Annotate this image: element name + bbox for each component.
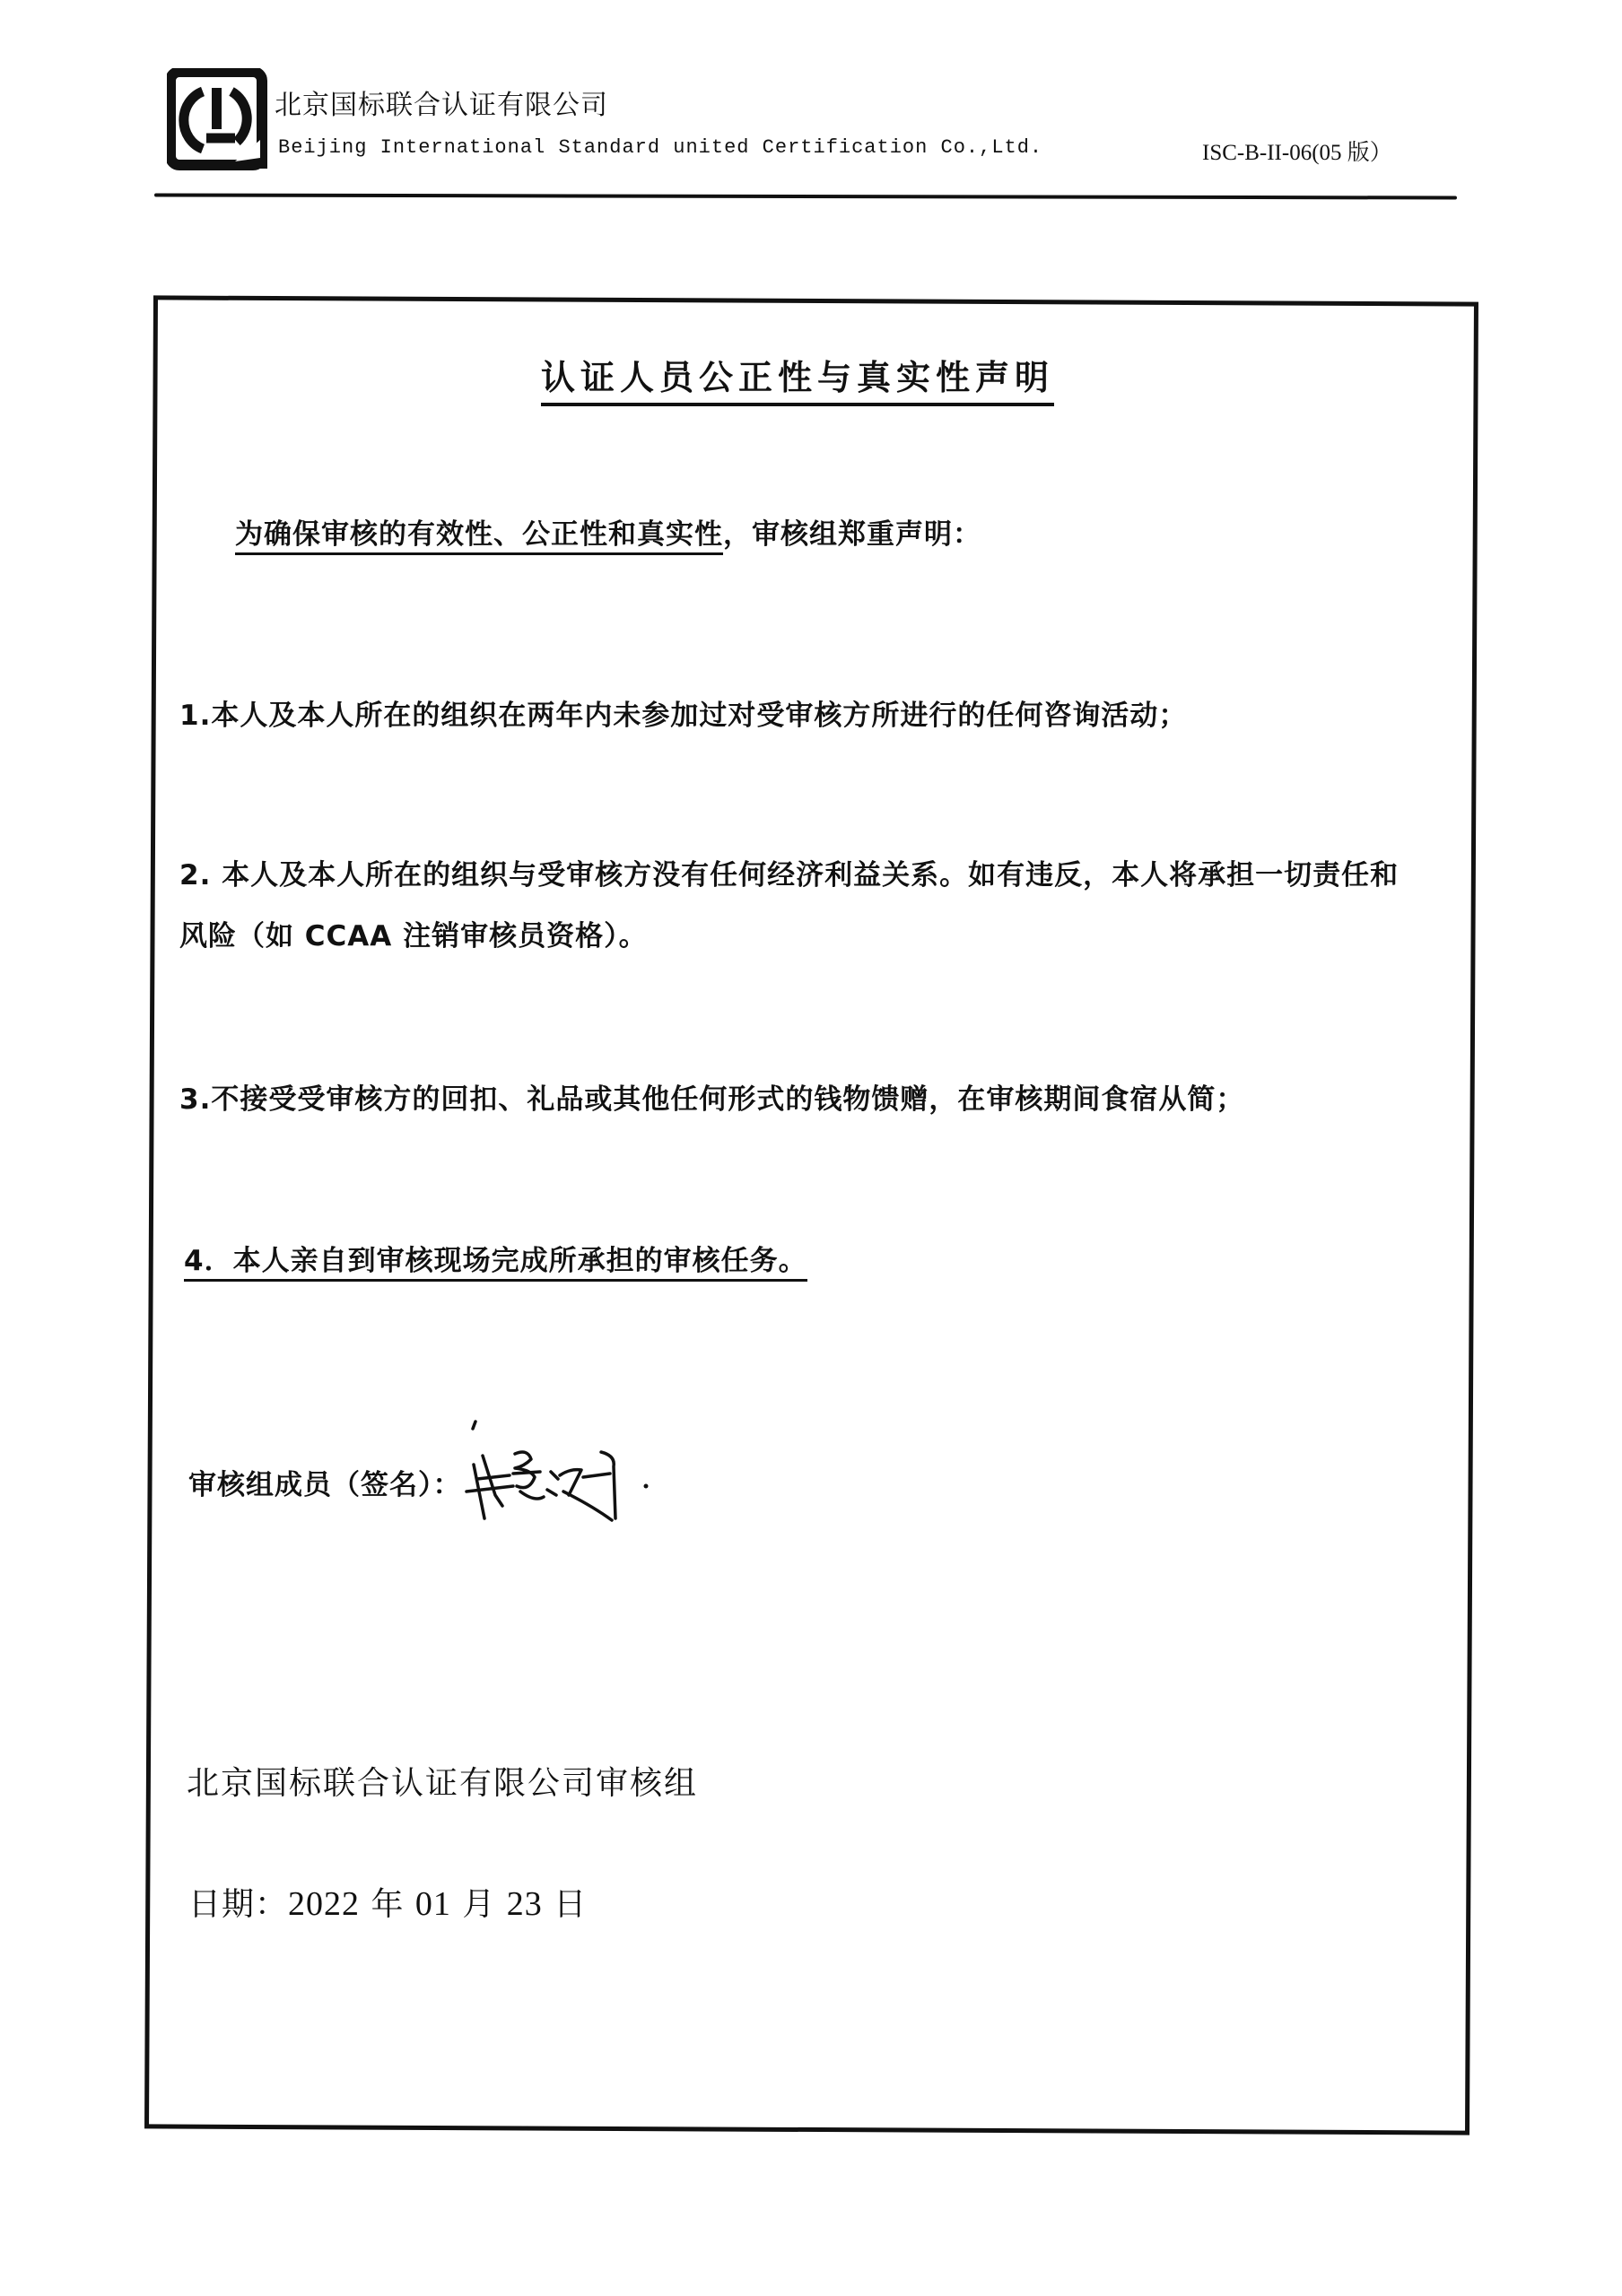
document-code: ISC-B-II-06(05 版） — [1202, 135, 1392, 167]
date-month: 01 — [415, 1885, 451, 1923]
intro-rest-text: ，审核组郑重声明： — [723, 518, 981, 551]
declaration-frame — [144, 295, 1478, 2135]
intro-paragraph: 为确保审核的有效性、公正性和真实性，审核组郑重声明： — [235, 511, 981, 552]
intro-underlined-text: 为确保审核的有效性、公正性和真实性 — [235, 518, 723, 555]
document-title: 认证人员公正性与真实性声明 — [541, 350, 1054, 406]
declaration-item-4: 4．本人亲自到审核现场完成所承担的审核任务。 — [184, 1238, 807, 1278]
signature-label: 审核组成员（签名）： — [188, 1462, 462, 1502]
date-month-unit: 月 — [451, 1886, 507, 1923]
date-year: 2022 — [288, 1885, 360, 1923]
declaration-item-2-line-1: 2. 本人及本人所在的组织与受审核方没有任何经济利益关系。如有违反，本人将承担一… — [179, 852, 1399, 892]
date-year-unit: 年 — [360, 1886, 415, 1923]
date-label: 日期： — [188, 1886, 288, 1923]
date-line: 日期：2022 年 01 月 23 日 — [188, 1879, 587, 1925]
declaration-item-1: 1.本人及本人所在的组织在两年内未参加过对受审核方所进行的任何咨询活动； — [179, 692, 1187, 733]
date-day-unit: 日 — [543, 1886, 587, 1923]
declaration-item-3: 3.不接受受审核方的回扣、礼品或其他任何形式的钱物馈赠，在审核期间食宿从简； — [179, 1076, 1244, 1117]
declaration-item-4-text: 4．本人亲自到审核现场完成所承担的审核任务。 — [184, 1245, 807, 1282]
header-divider — [154, 193, 1457, 199]
handwritten-signature-icon — [458, 1413, 655, 1529]
isc-logo-icon — [167, 68, 267, 170]
organization-signature-line: 北京国标联合认证有限公司审核组 — [187, 1758, 698, 1804]
date-day: 23 — [507, 1885, 543, 1923]
company-name-en: Beijing International Standard united Ce… — [278, 136, 1042, 159]
declaration-item-2-line-2: 风险（如 CCAA 注销审核员资格）。 — [179, 913, 648, 953]
company-name-cn: 北京国标联合认证有限公司 — [275, 83, 608, 122]
